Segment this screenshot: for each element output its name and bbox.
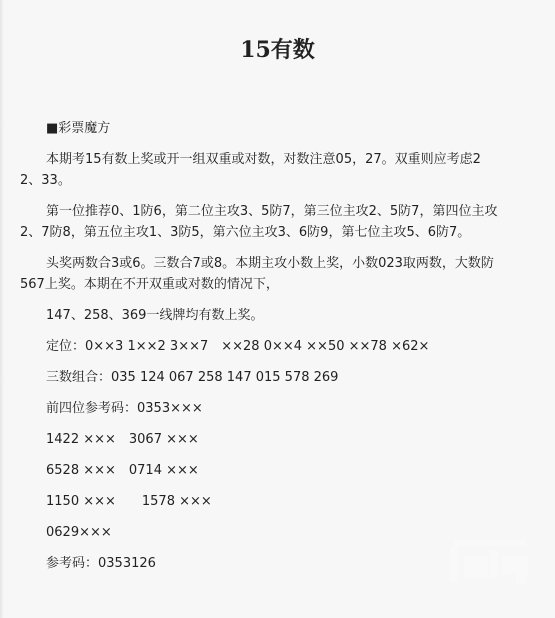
section-heading: ■彩票魔方 (20, 118, 500, 139)
paragraph-positions: 第一位推荐0、1防6，第二位主攻3、5防7，第三位主攻2、5防7，第四位主攻2、… (20, 201, 500, 243)
paragraph-dingwei: 定位：0××3 1××2 3××7 ××28 0××4 ××50 ××78 ×6… (20, 336, 500, 357)
article-title: 15有数 (0, 33, 555, 64)
paragraph-three-combos: 三数组合：035 124 067 258 147 015 578 269 (20, 367, 500, 388)
paragraph-first-prize: 头奖两数合3或6。三数合7或8。本期主攻小数上奖，小数023取两数，大数防567… (20, 253, 500, 295)
paragraph-codes-row-3: 1150 ××× 1578 ××× (20, 491, 500, 512)
paragraph-codes-row-1: 1422 ××× 3067 ××× (20, 429, 500, 450)
paragraph-codes-row-2: 6528 ××× 0714 ××× (20, 460, 500, 481)
paragraph-intro: 本期考15有数上奖或开一组双重或对数，对数注意05，27。双重则应考虑22、33… (20, 149, 500, 191)
paragraph-reference-code: 参考码：0353126 (20, 553, 500, 574)
article-body: ■彩票魔方 本期考15有数上奖或开一组双重或对数，对数注意05，27。双重则应考… (20, 118, 500, 584)
left-edge-shadow (0, 0, 4, 618)
paragraph-lines: 147、258、369一线牌均有数上奖。 (20, 305, 500, 326)
paragraph-codes-row-4: 0629××× (20, 522, 500, 543)
paragraph-first-four-ref: 前四位参考码：0353××× (20, 398, 500, 419)
watermark-logo (450, 536, 530, 586)
